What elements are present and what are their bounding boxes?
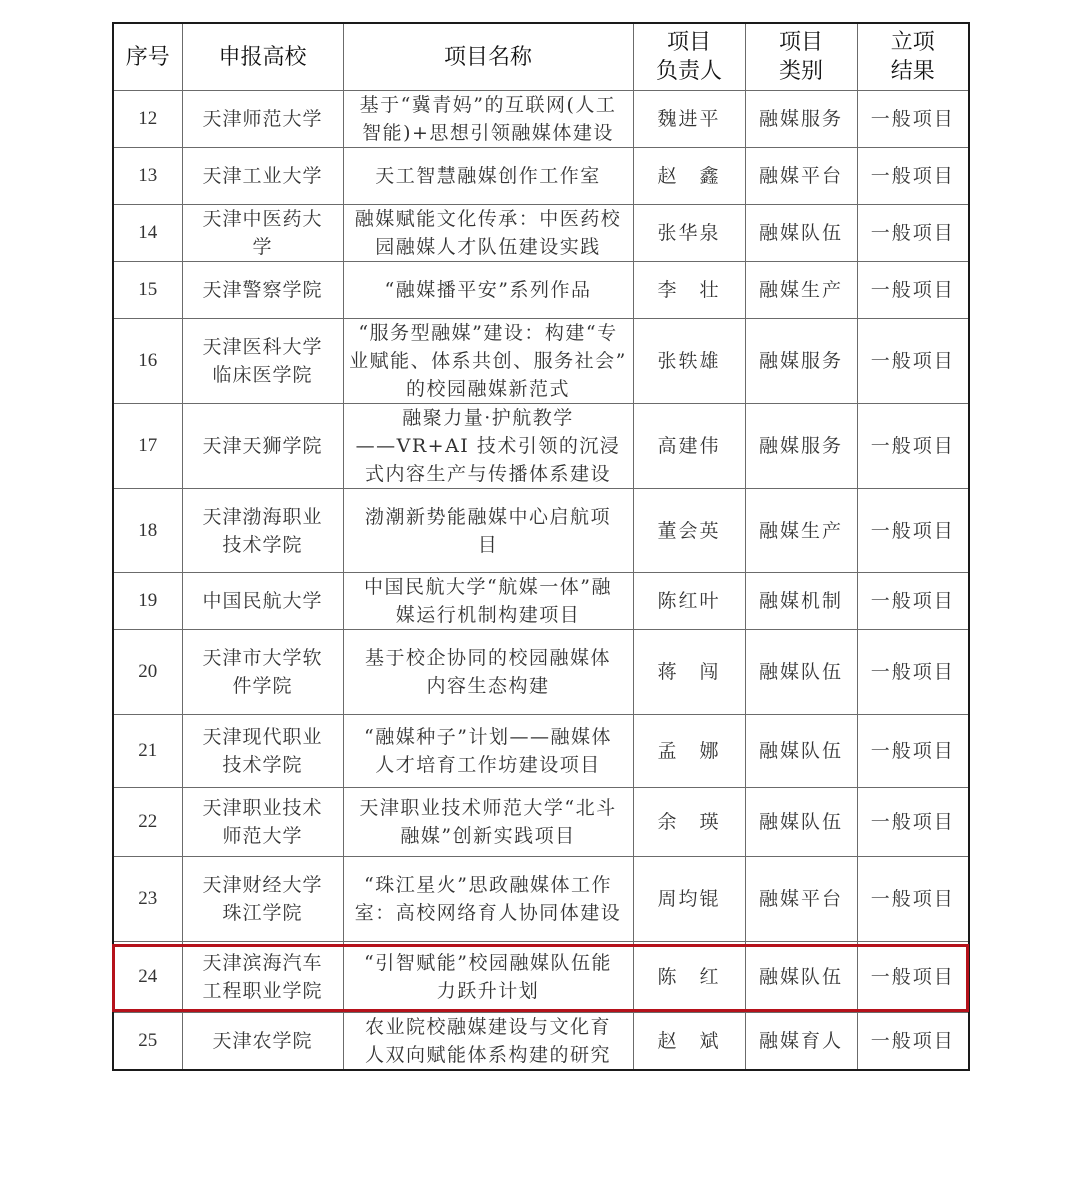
header-school: 申报高校 [182,23,343,91]
cell-num: 14 [113,205,182,262]
cell-leader: 高建伟 [633,404,745,489]
cell-project: 天工智慧融媒创作工作室 [343,148,633,205]
project-line: 式内容生产与传播体系建设 [344,460,633,488]
project-list-table: 序号 申报高校 项目名称 项目 负责人 项目 类别 立项 结果 12天津师范大学… [112,22,970,1071]
project-line: 天津职业技术师范大学“北斗 [344,794,633,822]
table-row: 24天津滨海汽车工程职业学院“引智赋能”校园融媒队伍能力跃升计划陈 红融媒队伍一… [113,942,969,1013]
cell-project: 融媒赋能文化传承：中医药校园融媒人才队伍建设实践 [343,205,633,262]
cell-school: 天津滨海汽车工程职业学院 [182,942,343,1013]
table-row: 22天津职业技术师范大学天津职业技术师范大学“北斗融媒”创新实践项目余 瑛融媒队… [113,788,969,857]
school-line: 天津渤海职业 [183,503,343,531]
cell-num: 23 [113,857,182,942]
cell-category: 融媒队伍 [745,630,857,715]
cell-school: 天津工业大学 [182,148,343,205]
cell-school: 天津天狮学院 [182,404,343,489]
cell-result: 一般项目 [857,942,969,1013]
cell-num: 18 [113,489,182,573]
cell-category: 融媒生产 [745,489,857,573]
cell-school: 天津警察学院 [182,262,343,319]
table-header-row: 序号 申报高校 项目名称 项目 负责人 项目 类别 立项 结果 [113,23,969,91]
cell-school: 天津市大学软件学院 [182,630,343,715]
cell-school: 天津现代职业技术学院 [182,715,343,788]
table-row: 15天津警察学院“融媒播平安”系列作品李 壮融媒生产一般项目 [113,262,969,319]
cell-num: 13 [113,148,182,205]
school-line: 天津中医药大 [183,205,343,233]
school-line: 工程职业学院 [183,977,343,1005]
table-row: 18天津渤海职业技术学院渤潮新势能融媒中心启航项目董会英融媒生产一般项目 [113,489,969,573]
table-row: 20天津市大学软件学院基于校企协同的校园融媒体内容生态构建蒋 闯融媒队伍一般项目 [113,630,969,715]
project-line: 渤潮新势能融媒中心启航项 [344,503,633,531]
table-row: 16天津医科大学临床医学院“服务型融媒”建设：构建“专业赋能、体系共创、服务社会… [113,319,969,404]
project-line: 的校园融媒新范式 [344,375,633,403]
project-line: 基于校企协同的校园融媒体 [344,644,633,672]
school-line: 天津医科大学 [183,333,343,361]
project-line: 融媒”创新实践项目 [344,822,633,850]
header-category-line: 类别 [746,57,857,86]
cell-leader: 余 瑛 [633,788,745,857]
cell-leader: 魏进平 [633,91,745,148]
school-line: 天津天狮学院 [183,432,343,460]
header-category: 项目 类别 [745,23,857,91]
project-line: 室：高校网络育人协同体建设 [344,899,633,927]
header-result: 立项 结果 [857,23,969,91]
document-page: 序号 申报高校 项目名称 项目 负责人 项目 类别 立项 结果 12天津师范大学… [0,0,1080,1182]
cell-category: 融媒队伍 [745,942,857,1013]
header-category-line: 项目 [746,28,857,57]
cell-school: 天津农学院 [182,1013,343,1071]
cell-school: 中国民航大学 [182,573,343,630]
cell-project: “引智赋能”校园融媒队伍能力跃升计划 [343,942,633,1013]
project-line: “融媒播平安”系列作品 [344,276,633,304]
project-line: 力跃升计划 [344,977,633,1005]
project-line: 天工智慧融媒创作工作室 [344,162,633,190]
school-line: 天津工业大学 [183,162,343,190]
header-leader-line: 项目 [634,28,745,57]
cell-leader: 周均锟 [633,857,745,942]
cell-num: 25 [113,1013,182,1071]
cell-result: 一般项目 [857,715,969,788]
cell-leader: 蒋 闯 [633,630,745,715]
header-project: 项目名称 [343,23,633,91]
cell-result: 一般项目 [857,1013,969,1071]
table-row: 14天津中医药大学融媒赋能文化传承：中医药校园融媒人才队伍建设实践张华泉融媒队伍… [113,205,969,262]
project-line: 融媒赋能文化传承：中医药校 [344,205,633,233]
project-line: ——VR+AI 技术引领的沉浸 [344,432,633,460]
school-line: 件学院 [183,672,343,700]
cell-result: 一般项目 [857,148,969,205]
cell-project: 基于“冀青妈”的互联网(人工智能)+思想引领融媒体建设 [343,91,633,148]
cell-school: 天津师范大学 [182,91,343,148]
school-line: 天津职业技术 [183,794,343,822]
cell-leader: 陈 红 [633,942,745,1013]
cell-leader: 张轶雄 [633,319,745,404]
project-line: 目 [344,531,633,559]
cell-num: 24 [113,942,182,1013]
cell-category: 融媒服务 [745,404,857,489]
cell-leader: 董会英 [633,489,745,573]
cell-school: 天津财经大学珠江学院 [182,857,343,942]
project-line: 内容生态构建 [344,672,633,700]
cell-category: 融媒平台 [745,857,857,942]
school-line: 技术学院 [183,531,343,559]
school-line: 技术学院 [183,751,343,779]
cell-result: 一般项目 [857,630,969,715]
cell-result: 一般项目 [857,319,969,404]
table-body: 12天津师范大学基于“冀青妈”的互联网(人工智能)+思想引领融媒体建设魏进平融媒… [113,91,969,1071]
project-line: 人才培育工作坊建设项目 [344,751,633,779]
cell-category: 融媒平台 [745,148,857,205]
school-line: 天津农学院 [183,1027,343,1055]
project-line: “珠江星火”思政融媒体工作 [344,871,633,899]
cell-num: 17 [113,404,182,489]
project-line: 业赋能、体系共创、服务社会” [344,347,633,375]
school-line: 临床医学院 [183,361,343,389]
cell-category: 融媒服务 [745,319,857,404]
cell-result: 一般项目 [857,788,969,857]
project-line: 农业院校融媒建设与文化育 [344,1013,633,1041]
project-line: 媒运行机制构建项目 [344,601,633,629]
cell-school: 天津中医药大学 [182,205,343,262]
table-row: 21天津现代职业技术学院“融媒种子”计划——融媒体人才培育工作坊建设项目孟 娜融… [113,715,969,788]
project-line: 智能)+思想引领融媒体建设 [344,119,633,147]
cell-num: 12 [113,91,182,148]
project-line: 中国民航大学“航媒一体”融 [344,573,633,601]
cell-leader: 赵 鑫 [633,148,745,205]
cell-num: 19 [113,573,182,630]
cell-result: 一般项目 [857,489,969,573]
school-line: 珠江学院 [183,899,343,927]
cell-num: 15 [113,262,182,319]
cell-project: “融媒种子”计划——融媒体人才培育工作坊建设项目 [343,715,633,788]
cell-num: 22 [113,788,182,857]
table-row: 23天津财经大学珠江学院“珠江星火”思政融媒体工作室：高校网络育人协同体建设周均… [113,857,969,942]
cell-project: “服务型融媒”建设：构建“专业赋能、体系共创、服务社会”的校园融媒新范式 [343,319,633,404]
project-line: 基于“冀青妈”的互联网(人工 [344,91,633,119]
school-line: 天津师范大学 [183,105,343,133]
cell-project: 基于校企协同的校园融媒体内容生态构建 [343,630,633,715]
header-result-line: 立项 [858,28,969,57]
cell-category: 融媒育人 [745,1013,857,1071]
school-line: 师范大学 [183,822,343,850]
school-line: 中国民航大学 [183,587,343,615]
cell-project: “珠江星火”思政融媒体工作室：高校网络育人协同体建设 [343,857,633,942]
cell-leader: 陈红叶 [633,573,745,630]
header-num: 序号 [113,23,182,91]
project-line: “服务型融媒”建设：构建“专 [344,319,633,347]
cell-result: 一般项目 [857,91,969,148]
project-line: “融媒种子”计划——融媒体 [344,723,633,751]
cell-num: 21 [113,715,182,788]
cell-school: 天津医科大学临床医学院 [182,319,343,404]
cell-num: 16 [113,319,182,404]
cell-result: 一般项目 [857,262,969,319]
school-line: 天津财经大学 [183,871,343,899]
cell-category: 融媒队伍 [745,715,857,788]
cell-project: 渤潮新势能融媒中心启航项目 [343,489,633,573]
table-row: 19中国民航大学中国民航大学“航媒一体”融媒运行机制构建项目陈红叶融媒机制一般项… [113,573,969,630]
project-line: 园融媒人才队伍建设实践 [344,233,633,261]
cell-project: 融聚力量·护航教学——VR+AI 技术引领的沉浸式内容生产与传播体系建设 [343,404,633,489]
school-line: 天津滨海汽车 [183,949,343,977]
table-row: 13天津工业大学天工智慧融媒创作工作室赵 鑫融媒平台一般项目 [113,148,969,205]
cell-project: 中国民航大学“航媒一体”融媒运行机制构建项目 [343,573,633,630]
cell-project: 天津职业技术师范大学“北斗融媒”创新实践项目 [343,788,633,857]
table-row: 17天津天狮学院融聚力量·护航教学——VR+AI 技术引领的沉浸式内容生产与传播… [113,404,969,489]
cell-category: 融媒生产 [745,262,857,319]
cell-project: “融媒播平安”系列作品 [343,262,633,319]
cell-num: 20 [113,630,182,715]
header-leader: 项目 负责人 [633,23,745,91]
cell-school: 天津渤海职业技术学院 [182,489,343,573]
cell-result: 一般项目 [857,857,969,942]
cell-leader: 孟 娜 [633,715,745,788]
cell-leader: 李 壮 [633,262,745,319]
school-line: 天津市大学软 [183,644,343,672]
school-line: 天津警察学院 [183,276,343,304]
cell-result: 一般项目 [857,205,969,262]
project-line: 人双向赋能体系构建的研究 [344,1041,633,1069]
table-row: 12天津师范大学基于“冀青妈”的互联网(人工智能)+思想引领融媒体建设魏进平融媒… [113,91,969,148]
cell-leader: 张华泉 [633,205,745,262]
cell-result: 一般项目 [857,404,969,489]
cell-result: 一般项目 [857,573,969,630]
cell-project: 农业院校融媒建设与文化育人双向赋能体系构建的研究 [343,1013,633,1071]
cell-category: 融媒服务 [745,91,857,148]
project-line: “引智赋能”校园融媒队伍能 [344,949,633,977]
cell-category: 融媒机制 [745,573,857,630]
cell-school: 天津职业技术师范大学 [182,788,343,857]
header-result-line: 结果 [858,57,969,86]
header-leader-line: 负责人 [634,57,745,86]
cell-category: 融媒队伍 [745,205,857,262]
cell-leader: 赵 斌 [633,1013,745,1071]
school-line: 学 [183,233,343,261]
cell-category: 融媒队伍 [745,788,857,857]
project-line: 融聚力量·护航教学 [344,404,633,432]
school-line: 天津现代职业 [183,723,343,751]
table-row: 25天津农学院农业院校融媒建设与文化育人双向赋能体系构建的研究赵 斌融媒育人一般… [113,1013,969,1071]
